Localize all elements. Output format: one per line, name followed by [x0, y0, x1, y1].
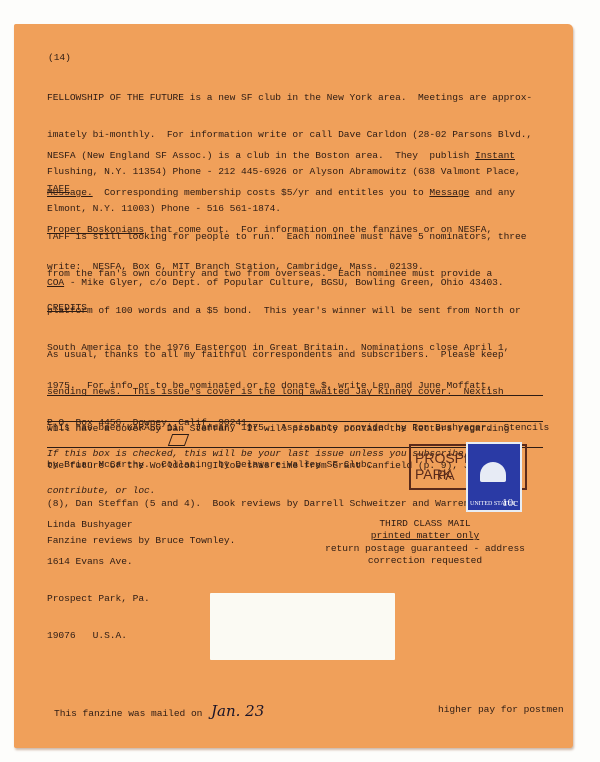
address-line: 19076 U.S.A. — [47, 630, 150, 642]
slogan: higher pay for postmen — [438, 704, 564, 716]
divider — [47, 421, 543, 422]
mail-class-block: THIRD CLASS MAIL printed matter only ret… — [320, 518, 530, 568]
nesfa-text: Corresponding membership costs $5/yr and… — [93, 187, 430, 198]
taff-line: TAFF is still looking for people to run.… — [47, 231, 526, 243]
correction-requested: correction requested — [320, 555, 530, 567]
stamp-value: 10c — [502, 497, 518, 509]
mail-class: THIRD CLASS MAIL — [320, 518, 530, 530]
nesfa-text: and any — [469, 187, 515, 198]
divider — [47, 395, 543, 396]
page-number: (14) — [48, 52, 71, 64]
nesfa-text: NESFA (New England SF Assoc.) is a club … — [47, 150, 475, 161]
taff-line: platform of 100 words and a $5 bond. Thi… — [47, 305, 526, 317]
credits-heading: CREDITS — [47, 302, 87, 314]
return-postage: return postage guaranteed - address — [320, 543, 530, 555]
address-label — [210, 593, 395, 660]
taff-heading: TAFF — [47, 183, 70, 195]
mailed-date: Jan. 23 — [211, 702, 264, 720]
address-line: Prospect Park, Pa. — [47, 593, 150, 605]
fellowship-line: FELLOWSHIP OF THE FUTURE is a new SF clu… — [47, 92, 532, 104]
address-line: Linda Bushyager — [47, 519, 150, 531]
postage-stamp: UNITED STATES 10c — [466, 442, 522, 512]
credits-line: As usual, thanks to all my faithful corr… — [47, 349, 521, 361]
instant-message-title: Instant — [475, 150, 515, 161]
return-address: Linda Bushyager 1614 Evans Ave. Prospect… — [47, 494, 150, 668]
postmark-state: PA — [437, 467, 455, 483]
fanzine-page: (14) FELLOWSHIP OF THE FUTURE is a new S… — [14, 24, 573, 748]
printed-matter: printed matter only — [320, 530, 530, 542]
coa-text: - Mike Glyer, c/o Dept. of Popular Cultu… — [64, 277, 503, 288]
coa-line: COA - Mike Glyer, c/o Dept. of Popular C… — [47, 277, 504, 289]
mailed-on-label: This fanzine was mailed on — [54, 708, 202, 720]
message-title: Message — [429, 187, 469, 198]
memorial-dome-icon — [480, 462, 506, 482]
address-line: 1614 Evans Ave. — [47, 556, 150, 568]
coa-label: COA — [47, 277, 64, 288]
